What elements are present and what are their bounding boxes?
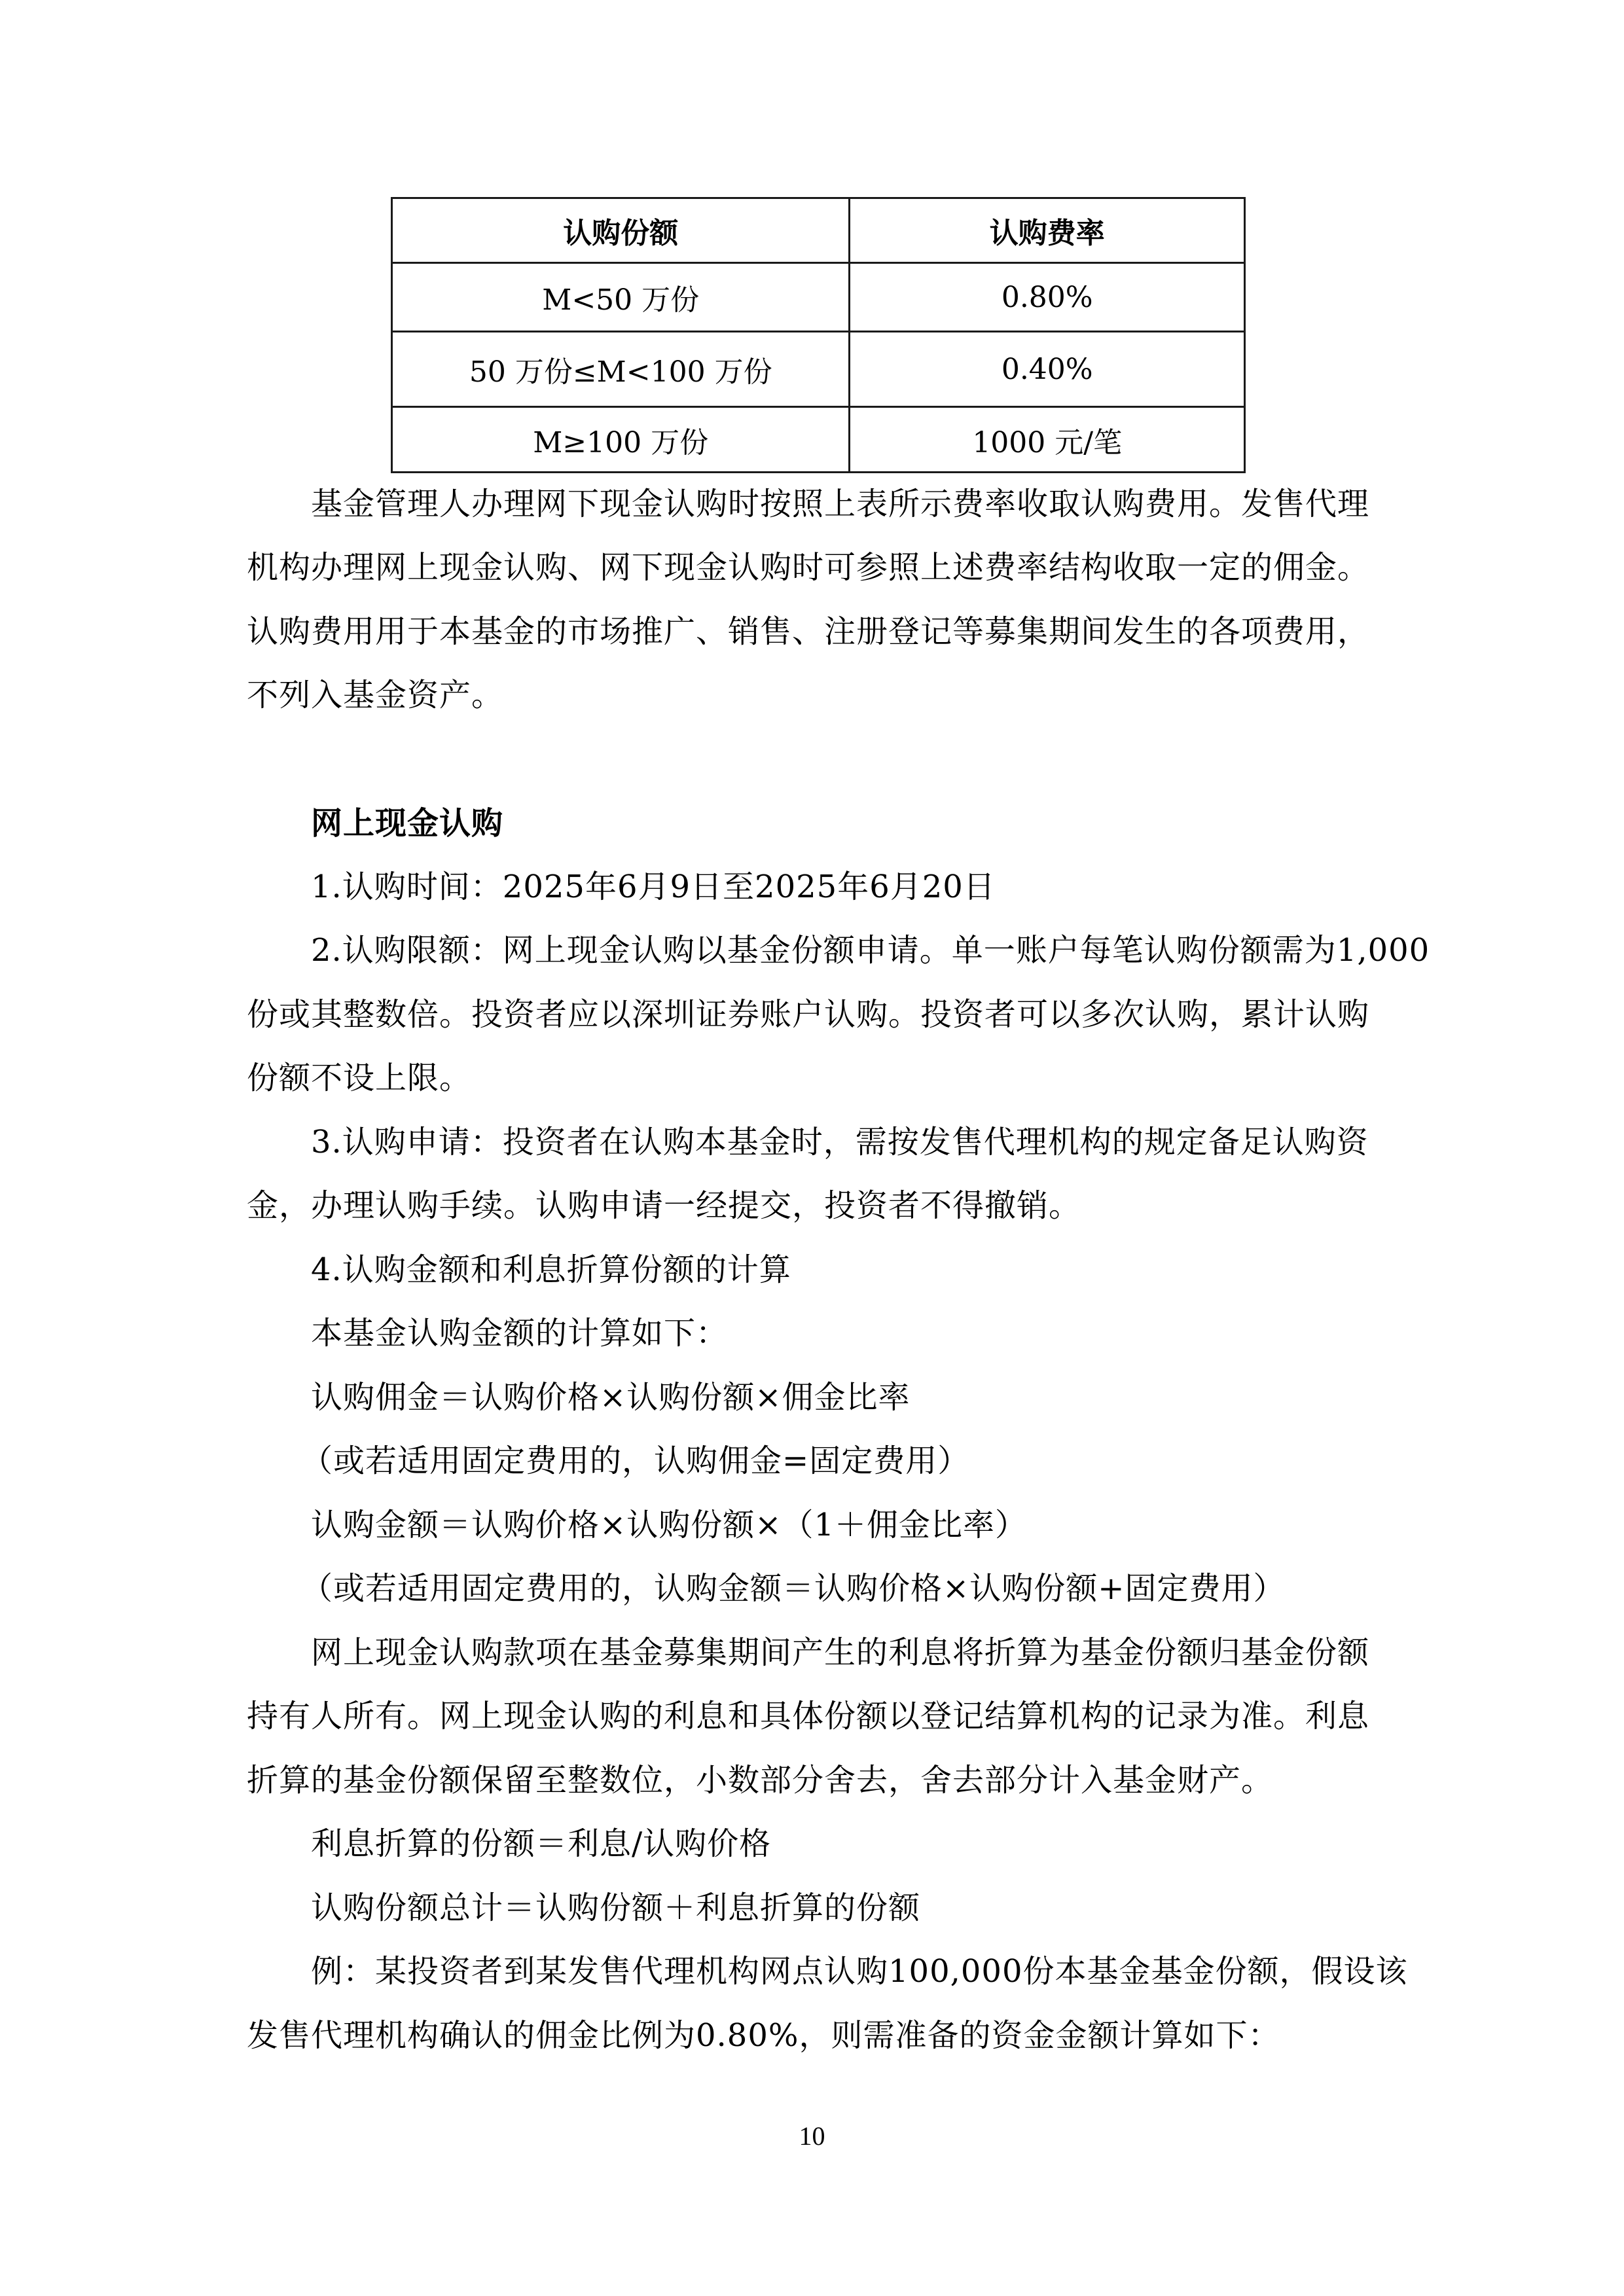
cell-rate: 0.80% — [850, 263, 1245, 332]
interest-para-line: 折算的基金份额保留至整数位，小数部分舍去，舍去部分计入基金财产。 — [247, 1761, 1405, 1800]
table-row: M<50 万份 0.80% — [392, 263, 1245, 332]
cell-rate: 0.40% — [850, 332, 1245, 407]
page-number: 10 — [0, 2121, 1624, 2151]
formula-amount-fixed: （或若适用固定费用的，认购金额＝认购价格×认购份额+固定费用） — [301, 1569, 1396, 1608]
calc-intro: 本基金认购金额的计算如下： — [311, 1314, 1405, 1353]
example-line: 例：某投资者到某发售代理机构网点认购100,000份本基金基金份额，假设该 — [311, 1952, 1405, 1991]
formula-commission-fixed: （或若适用固定费用的，认购佣金=固定费用） — [301, 1441, 1396, 1480]
example-line: 发售代理机构确认的佣金比例为0.80%，则需准备的资金金额计算如下： — [247, 2016, 1405, 2055]
fee-note-line: 机构办理网上现金认购、网下现金认购时可参照上述费率结构收取一定的佣金。 — [247, 548, 1405, 587]
cell-rate: 1000 元/笔 — [850, 407, 1245, 473]
formula-total-shares: 认购份额总计＝认购份额＋利息折算的份额 — [311, 1888, 1405, 1928]
item-subscription-application-line: 金，办理认购手续。认购申请一经提交，投资者不得撤销。 — [247, 1186, 1405, 1225]
subscription-fee-table: 认购份额 认购费率 M<50 万份 0.80% 50 万份≤M<100 万份 0… — [391, 197, 1246, 473]
formula-amount: 认购金额＝认购价格×认购份额×（1＋佣金比率） — [311, 1505, 1405, 1545]
section-heading: 网上现金认购 — [311, 804, 1405, 843]
item-subscription-limit-line: 2.认购限额：网上现金认购以基金份额申请。单一账户每笔认购份额需为1,000 — [311, 931, 1405, 970]
formula-interest-shares: 利息折算的份额＝利息/认购价格 — [311, 1824, 1405, 1863]
item-subscription-time: 1.认购时间：2025年6月9日至2025年6月20日 — [311, 867, 1405, 906]
item-subscription-limit-line: 份额不设上限。 — [247, 1058, 1405, 1098]
fee-note-line: 基金管理人办理网下现金认购时按照上表所示费率收取认购费用。发售代理 — [311, 484, 1405, 524]
item-calc-title: 4.认购金额和利息折算份额的计算 — [311, 1250, 1405, 1289]
cell-shares: M<50 万份 — [392, 263, 850, 332]
header-subscription-rate: 认购费率 — [850, 198, 1245, 263]
cell-shares: M≥100 万份 — [392, 407, 850, 473]
header-subscription-shares: 认购份额 — [392, 198, 850, 263]
cell-shares: 50 万份≤M<100 万份 — [392, 332, 850, 407]
table-header-row: 认购份额 认购费率 — [392, 198, 1245, 263]
item-subscription-limit-line: 份或其整数倍。投资者应以深圳证券账户认购。投资者可以多次认购，累计认购 — [247, 995, 1405, 1034]
item-subscription-application-line: 3.认购申请：投资者在认购本基金时，需按发售代理机构的规定备足认购资 — [311, 1122, 1405, 1162]
table-row: 50 万份≤M<100 万份 0.40% — [392, 332, 1245, 407]
interest-para-line: 网上现金认购款项在基金募集期间产生的利息将折算为基金份额归基金份额 — [311, 1633, 1405, 1672]
table-row: M≥100 万份 1000 元/笔 — [392, 407, 1245, 473]
fee-note-line: 认购费用用于本基金的市场推广、销售、注册登记等募集期间发生的各项费用， — [247, 612, 1405, 651]
interest-para-line: 持有人所有。网上现金认购的利息和具体份额以登记结算机构的记录为准。利息 — [247, 1696, 1405, 1736]
fee-note-line: 不列入基金资产。 — [247, 675, 1405, 715]
formula-commission: 认购佣金＝认购价格×认购份额×佣金比率 — [311, 1378, 1405, 1417]
